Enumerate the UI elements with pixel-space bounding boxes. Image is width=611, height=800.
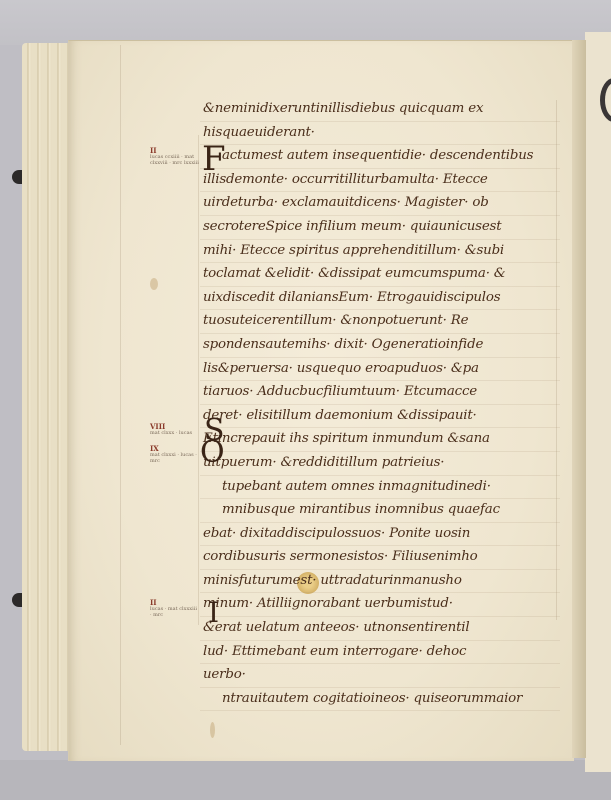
text-column: &neminidixeruntinillisdiebus quicquam ex…: [200, 98, 560, 711]
binding-clasp-icon: [12, 593, 22, 607]
text-line: lis&peruersa· usquequo eroapuduos· &pa: [200, 358, 560, 382]
text-line: mnibusque mirantibus inomnibus quaefac: [200, 499, 560, 523]
parchment-spot: [150, 278, 158, 290]
page-edges: [22, 43, 72, 751]
text-line: minum· Atilliignorabant uerbumistud·: [200, 593, 560, 617]
parchment-spot: [210, 722, 215, 738]
page-gutter: [572, 40, 586, 758]
initial-letter: F: [202, 142, 226, 176]
text-line: cordibusuris sermonesistos· Filiusenimho: [200, 546, 560, 570]
background-top: [0, 0, 611, 45]
text-line: tuosuteicerentillum· &nonpotuerunt· Re: [200, 310, 560, 334]
text-line: &erat uelatum anteeos· utnonsentirentil: [200, 617, 560, 641]
text-line: tiaruos· Adducbucfiliumtuum· Etcumacce: [200, 381, 560, 405]
text-line: uerbo·: [200, 664, 560, 688]
margin-note: VIII mat clxxx · lucas: [150, 424, 200, 436]
text-line: minisfuturumest· uttradaturinmanusho: [200, 570, 560, 594]
margin-note: IX mat clxxxi · lucas · mrc: [150, 446, 200, 464]
initial-letter: I: [208, 596, 219, 630]
text-line: spondensautemihs· dixit· Ogeneratioinfid…: [200, 334, 560, 358]
margin-note: II lucas · mat clxxxiii · mrc: [150, 600, 200, 618]
text-line: Etincrepauit ihs spiritum inmundum &sana: [200, 428, 560, 452]
ruling-line: [120, 45, 121, 745]
initial-letter: O: [200, 436, 225, 470]
text-line: uitpuerum· &reddiditillum patrieius·: [200, 452, 560, 476]
text-line: uixdiscedit dilaniansEum· Etrogauidiscip…: [200, 287, 560, 311]
adjacent-page: [585, 32, 611, 772]
ruling-line: [198, 135, 199, 625]
text-line: toclamat &elidit· &dissipat eumcumspuma·…: [200, 263, 560, 287]
text-line: uirdeturba· exclamauitdicens· Magister· …: [200, 192, 560, 216]
binding-clasp-icon: [12, 170, 22, 184]
text-line: secrotereSpice infilium meum· quiaunicus…: [200, 216, 560, 240]
text-line: illisdemonte· occurritilliturbamulta· Et…: [200, 169, 560, 193]
text-line: ebat· dixitaddiscipulossuos· Ponite uosi…: [200, 523, 560, 547]
text-line: lud· Ettimebant eum interrogare· dehoc: [200, 641, 560, 665]
text-line: actumest autem insequentidie· descendent…: [200, 145, 560, 169]
margin-note: II lucas ccxiiii · mat clxxviii · mrc lx…: [150, 148, 200, 166]
text-line: hisquaeuiderant·: [200, 122, 560, 146]
text-line: mihi· Etecce spiritus apprehenditillum· …: [200, 240, 560, 264]
text-line: tupebant autem omnes inmagnitudinedi·: [200, 476, 560, 500]
text-line: &neminidixeruntinillisdiebus quicquam ex: [200, 98, 560, 122]
text-line: ntrauitautem cogitatioineos· quiseorumma…: [200, 688, 560, 712]
text-line: deret· elisitillum daemonium &dissipauit…: [200, 405, 560, 429]
background-bottom: [0, 760, 611, 800]
